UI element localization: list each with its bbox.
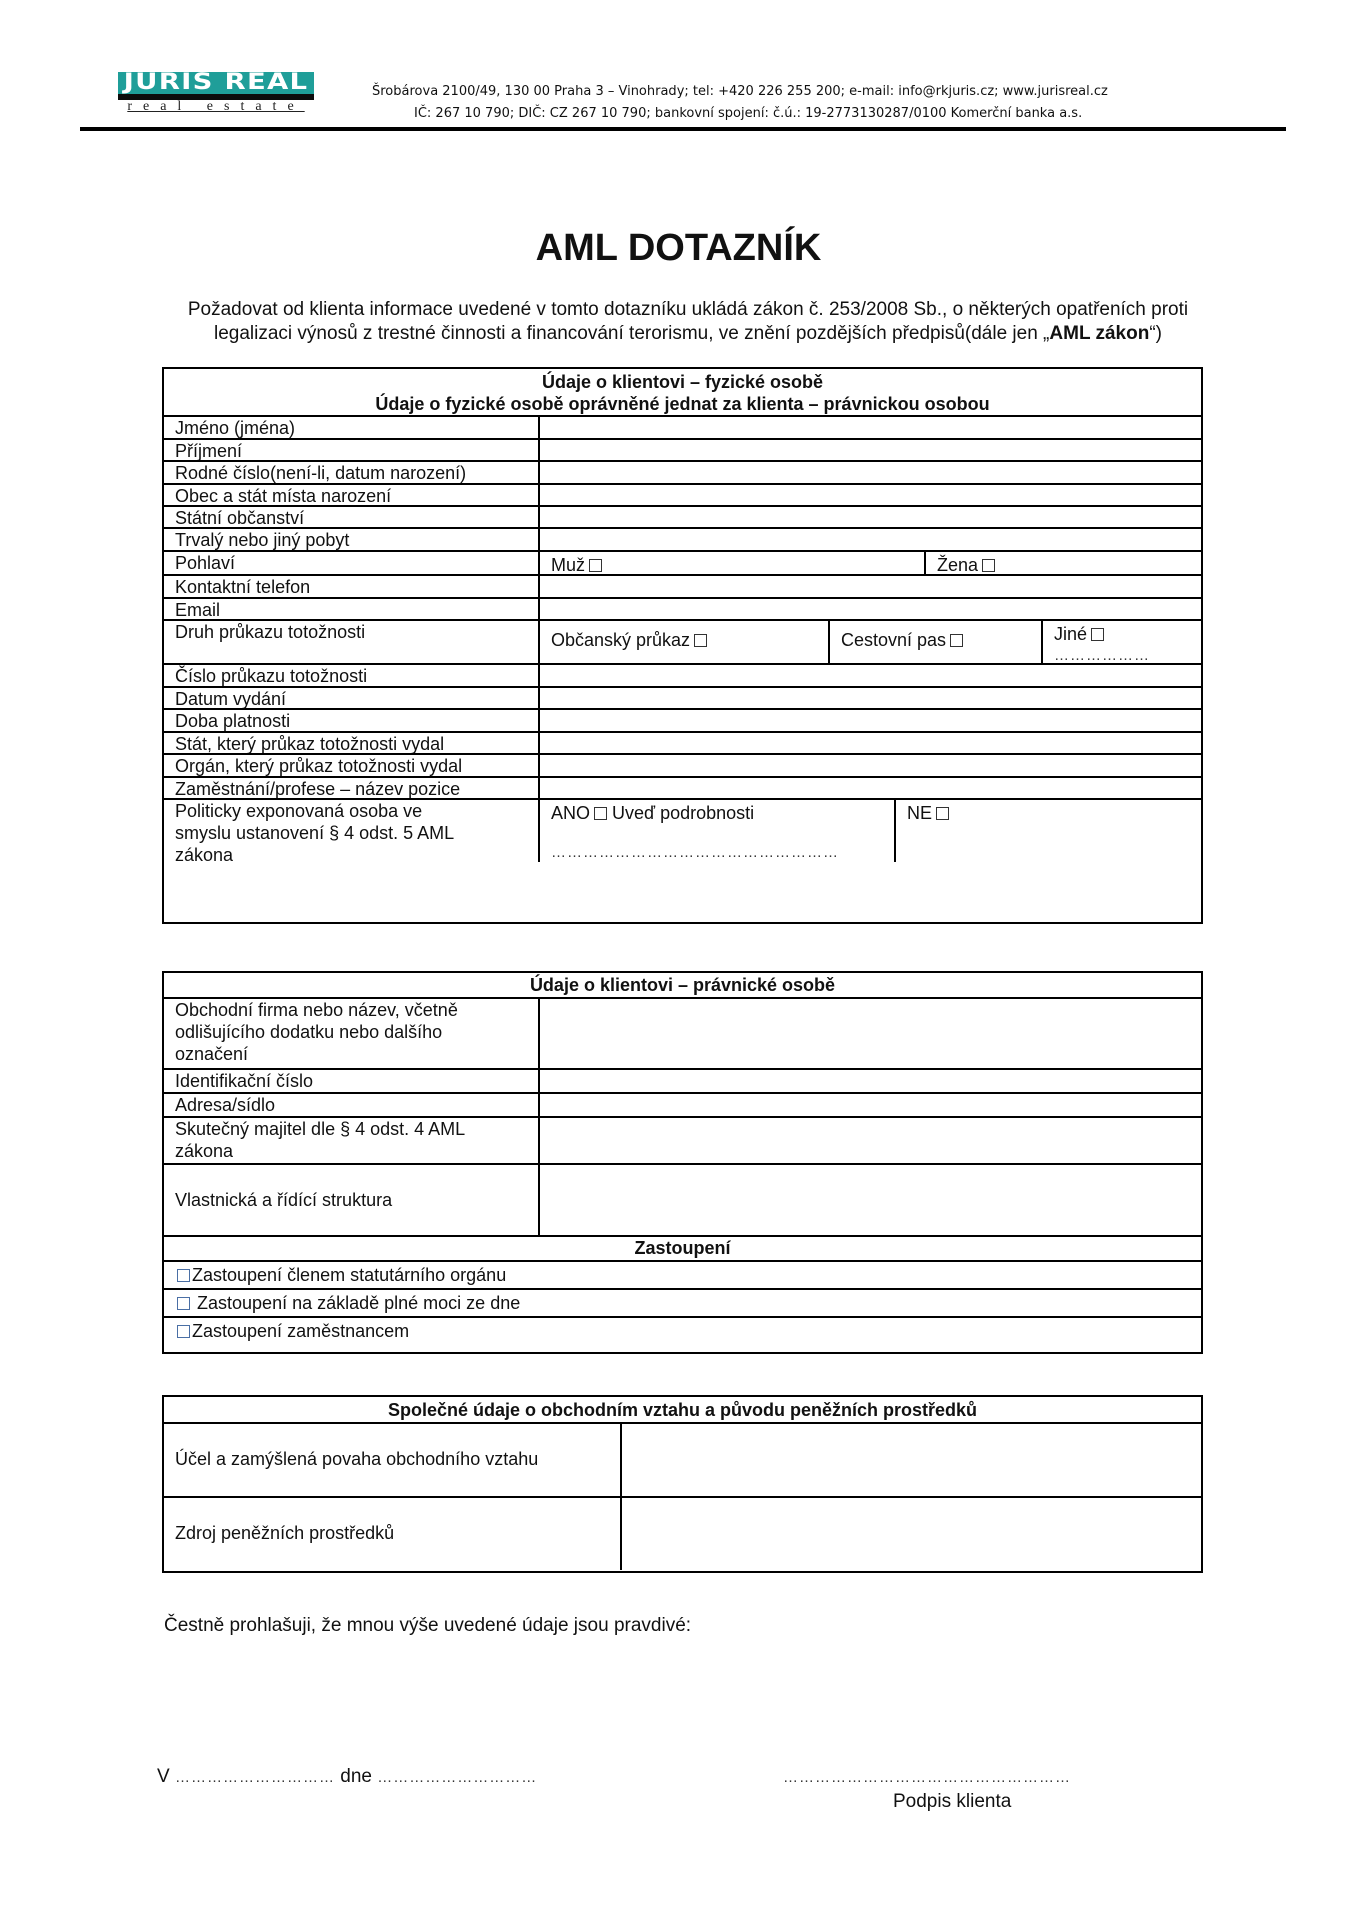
field-input[interactable]	[538, 1070, 1201, 1092]
form-row: Obec a stát místa narození	[164, 483, 1201, 505]
form-row: Zaměstnání/profese – název pozice	[164, 776, 1201, 798]
form-row: Skutečný majitel dle § 4 odst. 4 AMLzáko…	[164, 1116, 1201, 1163]
business-relation-table: Společné údaje o obchodním vztahu a půvo…	[162, 1395, 1203, 1573]
checkbox-icon[interactable]	[177, 1269, 190, 1282]
representation-heading: Zastoupení	[164, 1237, 1201, 1259]
signature-label: Podpis klienta	[893, 1790, 1011, 1814]
field-label: Email	[164, 599, 538, 619]
option-id-card[interactable]: Občanský průkaz	[538, 621, 828, 663]
signature-field[interactable]: ………………………………………………	[783, 1765, 1071, 1790]
field-label: Datum vydání	[164, 688, 538, 708]
representation-option-cell: Zastoupení na základě plné moci ze dne	[164, 1290, 1201, 1316]
option-label: Žena	[937, 555, 978, 575]
field-label: Obchodní firma nebo název, včetněodlišuj…	[164, 999, 538, 1068]
header-address: Šrobárova 2100/49, 130 00 Praha 3 – Vino…	[372, 84, 1108, 99]
place-label: V	[157, 1766, 170, 1787]
intro-line-2-end: “)	[1149, 323, 1162, 344]
option-male[interactable]: Muž	[538, 552, 924, 574]
declaration-text: Čestně prohlašuji, že mnou výše uvedené …	[164, 1614, 691, 1638]
field-label-line: zákona	[175, 1140, 527, 1162]
checkbox-icon[interactable]	[950, 634, 963, 647]
field-input[interactable]	[538, 665, 1201, 686]
date-label: dne	[340, 1766, 372, 1787]
field-input[interactable]	[538, 999, 1201, 1068]
form-row: Číslo průkazu totožnosti	[164, 663, 1201, 686]
option-label: Cestovní pas	[841, 630, 946, 650]
field-input[interactable]	[538, 688, 1201, 708]
intro-line-2-text: legalizaci výnosů z trestné činnosti a f…	[214, 323, 1049, 344]
form-row: Orgán, který průkaz totožnosti vydal	[164, 753, 1201, 776]
field-label-line: zákona	[175, 844, 527, 866]
field-input[interactable]	[538, 529, 1201, 550]
representation-option[interactable]: Zastoupení na základě plné moci ze dne	[164, 1288, 1201, 1316]
field-label: Identifikační číslo	[164, 1070, 538, 1092]
natural-person-table: Údaje o klientovi – fyzické osobě Údaje …	[162, 367, 1203, 924]
field-label: Politicky exponovaná osoba vesmyslu usta…	[164, 800, 538, 862]
pep-no[interactable]: NE	[894, 800, 1201, 862]
option-female[interactable]: Žena	[924, 552, 1201, 574]
checkbox-icon[interactable]	[936, 807, 949, 820]
field-label-line: označení	[175, 1043, 527, 1065]
pep-detail-field[interactable]: ………………………………………………	[551, 842, 883, 864]
representation-option-label: Zastoupení zaměstnancem	[192, 1321, 409, 1341]
representation-option-label: Zastoupení členem statutárního orgánu	[192, 1265, 506, 1285]
field-label-line: smyslu ustanovení § 4 odst. 5 AML	[175, 822, 527, 844]
legal-person-table: Údaje o klientovi – právnické osobě Obch…	[162, 971, 1203, 1354]
form-row: Stát, který průkaz totožnosti vydal	[164, 731, 1201, 753]
form-row: Politicky exponovaná osoba vesmyslu usta…	[164, 798, 1201, 862]
checkbox-icon[interactable]	[1091, 628, 1104, 641]
intro-line-1: Požadovat od klienta informace uvedené v…	[140, 298, 1236, 322]
option-label: Občanský průkaz	[551, 630, 690, 650]
form-row: Adresa/sídlo	[164, 1092, 1201, 1116]
representation-option-cell: Zastoupení členem statutárního orgánu	[164, 1262, 1201, 1288]
field-label: Obec a stát místa narození	[164, 485, 538, 505]
field-label-line: Skutečný majitel dle § 4 odst. 4 AML	[175, 1118, 527, 1140]
page-title: AML DOTAZNÍK	[0, 226, 1357, 270]
pep-no-label: NE	[907, 803, 932, 823]
place-date-line: V ………………………… dne …………………………	[157, 1765, 537, 1790]
field-label: Vlastnická a řídící struktura	[164, 1165, 538, 1235]
field-input[interactable]	[538, 462, 1201, 483]
logo-subtitle: real estate	[118, 99, 314, 115]
form-row: Datum vydání	[164, 686, 1201, 708]
checkbox-icon[interactable]	[177, 1325, 190, 1338]
form-row: Jméno (jména)	[164, 415, 1201, 438]
field-input[interactable]	[538, 507, 1201, 527]
form-row: Identifikační číslo	[164, 1068, 1201, 1092]
field-input[interactable]	[538, 1118, 1201, 1163]
form-row: Obchodní firma nebo název, včetněodlišuj…	[164, 997, 1201, 1068]
field-label: Stát, který průkaz totožnosti vydal	[164, 733, 538, 753]
field-label: Druh průkazu totožnosti	[164, 621, 538, 663]
field-input[interactable]	[620, 1424, 1201, 1496]
form-row: Trvalý nebo jiný pobyt	[164, 527, 1201, 550]
field-input[interactable]	[538, 733, 1201, 753]
header-divider	[80, 127, 1286, 131]
field-label-line: Vlastnická a řídící struktura	[175, 1189, 527, 1211]
form-row: Příjmení	[164, 438, 1201, 460]
field-input[interactable]	[538, 599, 1201, 619]
signature-dots: ………………………………………………	[783, 1769, 1071, 1786]
representation-option-label: Zastoupení na základě plné moci ze dne	[197, 1293, 520, 1313]
field-label: Adresa/sídlo	[164, 1094, 538, 1116]
form-row: Rodné číslo(není-li, datum narození)	[164, 460, 1201, 483]
field-label: Trvalý nebo jiný pobyt	[164, 529, 538, 550]
field-label-line: Identifikační číslo	[175, 1070, 527, 1092]
logo-text: JURIS REAL	[94, 71, 339, 95]
field-input[interactable]	[538, 1094, 1201, 1116]
field-label-line: Obchodní firma nebo název, včetně	[175, 999, 527, 1021]
field-input[interactable]	[538, 576, 1201, 597]
representation-option[interactable]: Zastoupení členem statutárního orgánu	[164, 1260, 1201, 1288]
field-input[interactable]	[538, 485, 1201, 505]
option-label: Jiné	[1054, 624, 1087, 644]
form-row: Kontaktní telefon	[164, 574, 1201, 597]
representation-option-cell: Zastoupení zaměstnancem	[164, 1318, 1201, 1344]
field-input[interactable]	[538, 755, 1201, 776]
form-row: Státní občanství	[164, 505, 1201, 527]
field-input[interactable]	[538, 417, 1201, 438]
checkbox-icon[interactable]	[694, 634, 707, 647]
form-row: PohlavíMužŽena	[164, 550, 1201, 574]
business-relation-heading: Společné údaje o obchodním vztahu a půvo…	[164, 1399, 1201, 1421]
company-logo: JURIS REAL	[118, 72, 314, 94]
field-label-line: Politicky exponovaná osoba ve	[175, 800, 527, 822]
representation-heading-row: Zastoupení	[164, 1235, 1201, 1259]
checkbox-icon[interactable]	[982, 559, 995, 572]
checkbox-icon[interactable]	[594, 807, 607, 820]
field-label: Číslo průkazu totožnosti	[164, 665, 538, 686]
field-input[interactable]	[538, 440, 1201, 460]
field-label: Pohlaví	[164, 552, 538, 574]
field-label: Zdroj peněžních prostředků	[164, 1498, 620, 1570]
field-label: Skutečný majitel dle § 4 odst. 4 AMLzáko…	[164, 1118, 538, 1163]
legal-person-heading: Údaje o klientovi – právnické osobě	[164, 974, 1201, 996]
field-label: Kontaktní telefon	[164, 576, 538, 597]
option-passport[interactable]: Cestovní pas	[828, 621, 1041, 663]
pep-yes[interactable]: ANO Uveď podrobnosti………………………………………………	[538, 800, 894, 862]
form-row: Účel a zamýšlená povaha obchodního vztah…	[164, 1422, 1201, 1496]
representation-option[interactable]: Zastoupení zaměstnancem	[164, 1316, 1201, 1344]
date-field[interactable]: …………………………	[377, 1769, 537, 1786]
pep-detail-label: Uveď podrobnosti	[612, 803, 754, 823]
place-field[interactable]: …………………………	[175, 1769, 335, 1786]
header-company-info: IČ: 267 10 790; DIČ: CZ 267 10 790; bank…	[414, 106, 1082, 121]
field-label: Jméno (jména)	[164, 417, 538, 438]
field-label: Rodné číslo(není-li, datum narození)	[164, 462, 538, 483]
field-label-line: odlišujícího dodatku nebo dalšího	[175, 1021, 527, 1043]
field-input[interactable]	[538, 710, 1201, 731]
field-label-line: Adresa/sídlo	[175, 1094, 527, 1116]
pep-yes-label: ANO	[551, 803, 590, 823]
checkbox-icon[interactable]	[177, 1297, 190, 1310]
option-other[interactable]: Jiné………………	[1041, 621, 1201, 663]
intro-paragraph: Požadovat od klienta informace uvedené v…	[140, 298, 1236, 346]
form-row: Email	[164, 597, 1201, 619]
form-row: Vlastnická a řídící struktura	[164, 1163, 1201, 1235]
intro-line-2: legalizaci výnosů z trestné činnosti a f…	[140, 322, 1236, 346]
form-row: Zdroj peněžních prostředků	[164, 1496, 1201, 1570]
field-label: Orgán, který průkaz totožnosti vydal	[164, 755, 538, 776]
field-input[interactable]	[538, 1165, 1201, 1235]
form-row: Druh průkazu totožnostiObčanský průkazCe…	[164, 619, 1201, 663]
field-label: Státní občanství	[164, 507, 538, 527]
field-input[interactable]	[620, 1498, 1201, 1570]
natural-person-heading: Údaje o klientovi – fyzické osobě	[164, 371, 1201, 393]
field-label: Doba platnosti	[164, 710, 538, 731]
checkbox-icon[interactable]	[589, 559, 602, 572]
field-input[interactable]	[538, 778, 1201, 798]
pep-yes-line: ANO Uveď podrobnosti	[551, 802, 883, 824]
field-label: Účel a zamýšlená povaha obchodního vztah…	[164, 1424, 620, 1496]
authorized-person-heading: Údaje o fyzické osobě oprávněné jednat z…	[164, 393, 1201, 415]
option-label: Muž	[551, 555, 585, 575]
field-label: Zaměstnání/profese – název pozice	[164, 778, 538, 798]
field-label: Příjmení	[164, 440, 538, 460]
intro-line-2-bold: AML zákon	[1049, 323, 1149, 344]
form-row: Doba platnosti	[164, 708, 1201, 731]
